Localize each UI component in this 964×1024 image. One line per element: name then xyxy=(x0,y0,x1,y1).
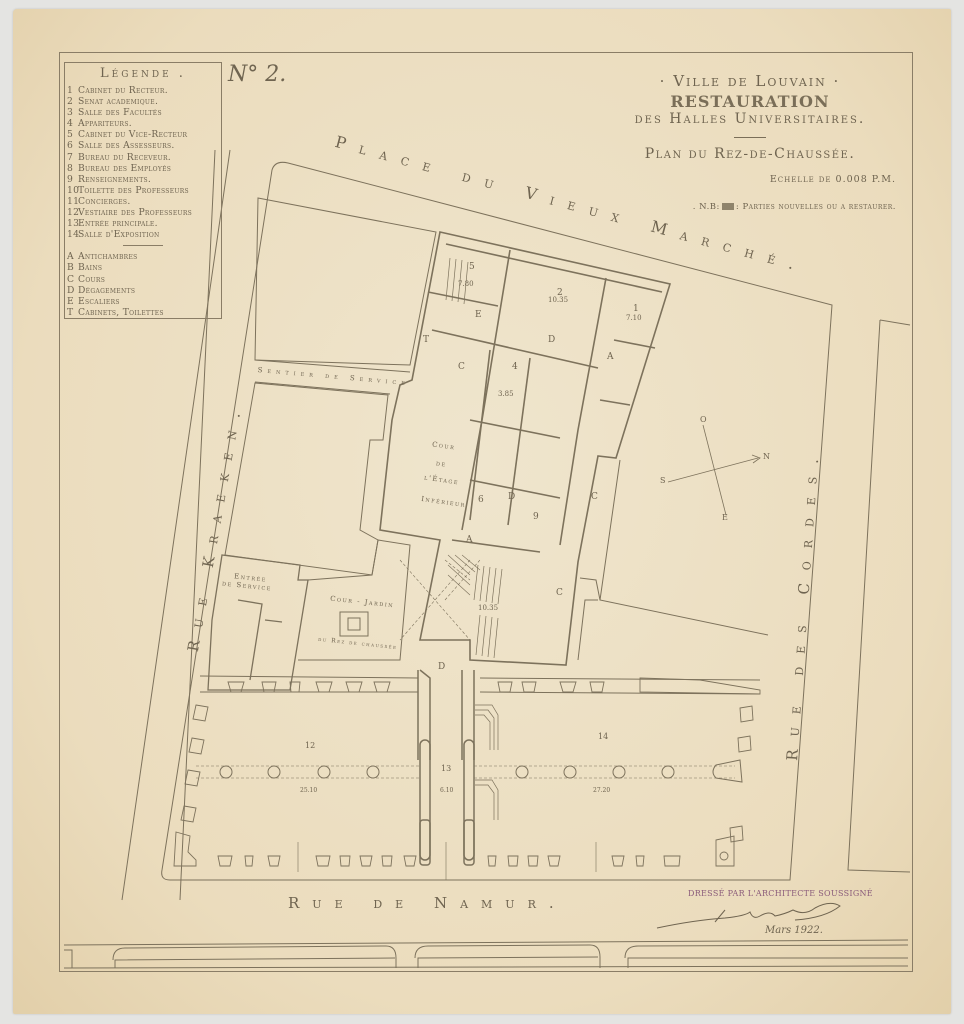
room-5-dim: 7.80 xyxy=(458,280,474,288)
compass-e: E xyxy=(722,513,728,522)
room-13: 13 xyxy=(441,764,451,773)
legend-item: 9Renseignements. xyxy=(65,174,221,185)
legend-heading: Légende . xyxy=(65,66,221,81)
legend-item: 13Entrée principale. xyxy=(65,218,221,229)
room-5: 5 xyxy=(469,262,475,272)
title-subject: des Halles Universitaires. xyxy=(590,111,910,127)
title-block: · Ville de Louvain · RESTAURATION des Ha… xyxy=(590,72,910,162)
room-14-dim: 27.20 xyxy=(593,787,610,794)
room-C: C xyxy=(458,362,465,372)
legend: Légende . 1Cabinet du Recteur. 2Senat ac… xyxy=(64,62,222,319)
room-T: T xyxy=(423,335,429,345)
stair-dim: 10.35 xyxy=(478,604,498,612)
hatch-swatch-icon xyxy=(722,203,734,210)
street-south: Rue de Namur. xyxy=(288,894,567,912)
room-1: 1 xyxy=(633,304,639,314)
room-13-dim: 6.10 xyxy=(440,787,453,794)
room-4: 4 xyxy=(512,362,518,372)
legend-item: 10Toilette des Professeurs xyxy=(65,185,221,196)
room-14: 14 xyxy=(598,732,608,741)
compass-n: N xyxy=(763,452,770,461)
room-2-dim: 10.35 xyxy=(548,296,568,304)
legend-item: DDégagements xyxy=(65,285,221,296)
room-A: A xyxy=(607,352,614,362)
legend-divider xyxy=(123,245,163,246)
scale-note: Echelle de 0.008 P.M. xyxy=(700,174,896,185)
legend-item: BBains xyxy=(65,262,221,273)
signature-date: Mars 1922. xyxy=(765,925,823,936)
room-D-central: D xyxy=(508,492,515,502)
block-outline xyxy=(162,162,832,880)
legend-item: AAntichambres xyxy=(65,251,221,262)
room-A-south: A xyxy=(466,535,473,545)
legend-item: 4Appariteurs. xyxy=(65,118,221,129)
legend-item: 8Bureau des Employés xyxy=(65,163,221,174)
compass-s: S xyxy=(660,476,665,485)
title-city: · Ville de Louvain · xyxy=(590,72,910,90)
room-D-entry: D xyxy=(438,662,445,672)
room-D: D xyxy=(548,335,555,345)
plan-title: Plan du Rez-de-Chaussée. xyxy=(590,146,910,162)
legend-item: 6Salle des Assesseurs. xyxy=(65,140,221,151)
legend-item: 11Concierges. xyxy=(65,196,221,207)
room-E: E xyxy=(475,310,482,320)
compass-o: O xyxy=(700,415,707,424)
room-12: 12 xyxy=(305,741,315,750)
room-12-dim: 25.10 xyxy=(300,787,317,794)
legend-item: EEscaliers xyxy=(65,296,221,307)
title-main: RESTAURATION xyxy=(590,92,910,111)
legend-item: 5Cabinet du Vice-Recteur xyxy=(65,129,221,140)
room-3-dim: 3.85 xyxy=(498,390,514,398)
legend-item: 1Cabinet du Recteur. xyxy=(65,85,221,96)
compass-eo-line xyxy=(703,425,726,515)
legend-item: 14Salle d'Exposition xyxy=(65,229,221,240)
room-9: 9 xyxy=(533,512,539,522)
legend-item: CCours xyxy=(65,274,221,285)
room-6: 6 xyxy=(478,495,484,505)
legend-item: TCabinets, Toilettes xyxy=(65,307,221,318)
architect-stamp: DRESSÉ PAR L'ARCHITECTE SOUSSIGNÉ xyxy=(688,889,873,898)
legend-item: 2Senat academique. xyxy=(65,96,221,107)
legend-item: 3Salle des Facultés xyxy=(65,107,221,118)
room-1-dim: 7.10 xyxy=(626,314,642,322)
compass-ns-line xyxy=(668,458,758,482)
legend-item: 7Bureau du Receveur. xyxy=(65,152,221,163)
room-C-south: C xyxy=(556,588,563,598)
label-court-upper-2: de xyxy=(435,459,447,468)
room-C-east: C xyxy=(591,492,598,502)
legend-item: 12Vestiaire des Professeurs xyxy=(65,207,221,218)
sheet-number: N° 2. xyxy=(228,62,286,87)
nb-note: . N.B:: Parties nouvelles ou a restaurer… xyxy=(650,202,896,212)
title-rule xyxy=(734,137,766,138)
architect-signature xyxy=(655,898,855,948)
